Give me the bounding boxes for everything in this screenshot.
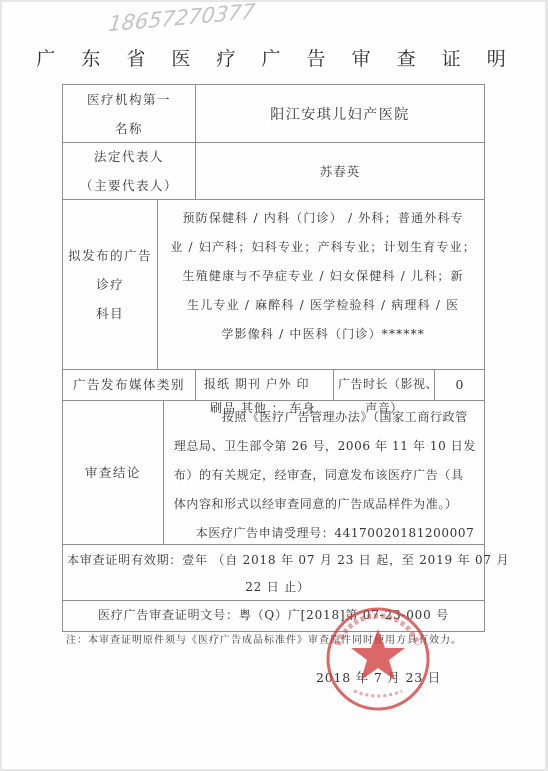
certificate-table: 医疗机构第一 名称 阳江安琪儿妇产医院 法定代表人 （主要代表人） 苏春英 拟发… [62,84,485,632]
conclusion-line: 体内容和形式以经审查同意的广告成品样件为准。） [174,490,476,519]
conclusion-line: 理总局、卫生部令第 26 号，2006 年 11 年 10 日发 [174,432,476,461]
issue-date: 2018 年 7 月 23 日 [316,668,441,686]
departments-line: 预防保健科 / 内科（门诊） / 外科；普通外科专 [170,204,476,233]
departments-line: 生殖健康与不孕症专业 / 妇女保健科 / 儿科；新 [170,262,476,291]
document-page: 18657270377 广 东 省 医 疗 广 告 审 查 证 明 医疗机构第一… [2,2,545,769]
conclusion-line: 布）的有关规定，经审查，同意发布该医疗广告（具 [174,461,476,490]
conclusion-text: 按照《医疗广告管理办法》（国家工商行政管 理总局、卫生部令第 26 号，2006… [164,401,484,544]
row-certificate-number: 医疗广告审查证明文号：粤（Q）广[2018]第 07-23-000 号 [63,601,484,631]
legal-rep-name: 苏春英 [196,143,484,199]
validity-line2: 22 日 止） [67,574,488,601]
ad-duration-value: 0 [435,370,484,400]
row-validity: 本审查证明有效期：壹年 （自 2018 年 07 月 23 日 起，至 2019… [63,545,484,601]
conclusion-label: 审查结论 [63,401,164,544]
institution-label-line2: 名称 [115,114,143,143]
media-label: 广告发布媒体类别 [63,370,196,400]
certificate-number: 医疗广告审查证明文号：粤（Q）广[2018]第 07-23-000 号 [63,601,484,631]
row-institution: 医疗机构第一 名称 阳江安琪儿妇产医院 [63,85,484,143]
document-title: 广 东 省 医 疗 广 告 审 查 证 明 [2,44,548,71]
ad-duration-label-line1: 广告时长（影视、 [338,372,434,396]
row-legal-rep: 法定代表人 （主要代表人） 苏春英 [63,143,484,200]
legal-rep-label-line2: （主要代表人） [80,171,178,200]
conclusion-line: 按照《医疗广告管理办法》（国家工商行政管 [174,403,476,432]
application-number: 本医疗广告申请受理号：44170020181200007 [174,519,476,548]
media-types: 报纸 期刊 户外 印 刷品 其他 ： 车身 [196,370,334,400]
institution-label: 医疗机构第一 名称 [63,85,196,142]
row-departments: 拟发布的广告诊疗 科目 预防保健科 / 内科（门诊） / 外科；普通外科专 业 … [63,200,484,370]
row-conclusion: 审查结论 按照《医疗广告管理办法》（国家工商行政管 理总局、卫生部令第 26 号… [63,401,484,545]
legal-rep-label: 法定代表人 （主要代表人） [63,143,196,199]
legal-rep-label-line1: 法定代表人 [94,142,164,171]
departments-line: 学影像科 / 中医科（门诊）****** [170,320,476,349]
ad-duration-label: 广告时长（影视、 声音） [334,370,435,400]
validity-line1: 本审查证明有效期：壹年 （自 2018 年 07 月 23 日 起，至 2019… [67,547,488,574]
departments-label: 拟发布的广告诊疗 科目 [63,200,158,369]
media-types-line1: 报纸 期刊 户外 印 [204,372,333,396]
institution-name: 阳江安琪儿妇产医院 [196,85,484,142]
validity-period: 本审查证明有效期：壹年 （自 2018 年 07 月 23 日 起，至 2019… [63,545,494,600]
footnote: 注：本审查证明原件须与《医疗广告成品标准件》审查原件同时使用方具有效力。 [66,631,462,646]
departments-list: 预防保健科 / 内科（门诊） / 外科；普通外科专 业 / 妇产科；妇科专业；产… [158,200,484,369]
handwritten-phone-note: 18657270377 [107,0,256,36]
departments-line: 生儿专业 / 麻醉科 / 医学检验科 / 病理科 / 医 [170,291,476,320]
departments-label-line2: 科目 [96,299,124,328]
departments-label-line1: 拟发布的广告诊疗 [63,241,157,299]
row-media: 广告发布媒体类别 报纸 期刊 户外 印 刷品 其他 ： 车身 广告时长（影视、 … [63,370,484,401]
institution-label-line1: 医疗机构第一 [87,85,171,114]
departments-line: 业 / 妇产科；妇科专业；产科专业；计划生育专业； [170,233,476,262]
